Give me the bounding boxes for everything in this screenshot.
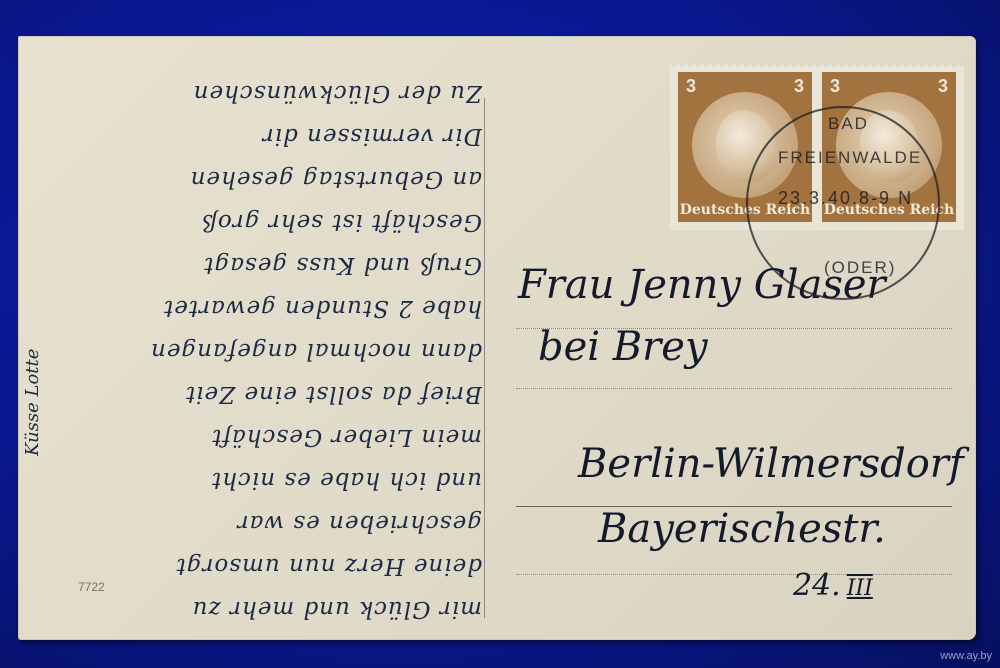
postmark-date: 23.3.40.8-9 N xyxy=(778,188,913,209)
message-line: dann nochmal angefangen xyxy=(42,329,482,372)
handwritten-message: mir Glück und mehr zu deine Herz nun ums… xyxy=(42,40,482,630)
address-street: Bayerischestr. xyxy=(598,506,886,552)
watermark: www.ay.by xyxy=(940,650,992,662)
address-care-of: bei Brey xyxy=(538,324,708,370)
message-line: Brief da sollst eine Zeit xyxy=(42,372,482,415)
address-line xyxy=(516,388,952,389)
address-number: 24.III xyxy=(793,568,873,603)
print-number: 7722 xyxy=(78,580,105,594)
side-note: Küsse Lotte xyxy=(22,96,48,456)
postmark-cancellation: BAD FREIENWALDE 23.3.40.8-9 N (ODER) xyxy=(746,106,940,300)
message-line: an Geburtstag gesehen xyxy=(42,157,482,200)
center-divider xyxy=(484,98,485,618)
postmark-place: FREIENWALDE xyxy=(778,148,922,168)
message-line: habe 2 Stunden gewartet xyxy=(42,286,482,329)
message-line: mir Glück und mehr zu xyxy=(42,587,482,630)
message-line: mein Lieber Geschäft xyxy=(42,415,482,458)
message-line: Geschäft ist sehr groß xyxy=(42,200,482,243)
postmark-bottom: (ODER) xyxy=(824,258,896,278)
address-line xyxy=(516,574,952,575)
stamp-value: 3 xyxy=(794,76,804,97)
postmark-top: BAD xyxy=(828,114,869,134)
message-line: Zu der Glückwünschen xyxy=(42,71,482,114)
stamp-value: 3 xyxy=(686,76,696,97)
message-line: Gruß und Kuss gesagt xyxy=(42,243,482,286)
house-number: 24. xyxy=(793,568,841,603)
address-city: Berlin-Wilmersdorf xyxy=(578,441,964,487)
message-line: und ich habe es nicht xyxy=(42,458,482,501)
message-line: geschrieben es war xyxy=(42,501,482,544)
postcard: mir Glück und mehr zu deine Herz nun ums… xyxy=(18,36,976,640)
stamp-value: 3 xyxy=(830,76,840,97)
stamp-value: 3 xyxy=(938,76,948,97)
floor-number: III xyxy=(847,576,873,601)
message-line: deine Herz nun umsorgt xyxy=(42,544,482,587)
message-line: Dir vermissen dir xyxy=(42,114,482,157)
